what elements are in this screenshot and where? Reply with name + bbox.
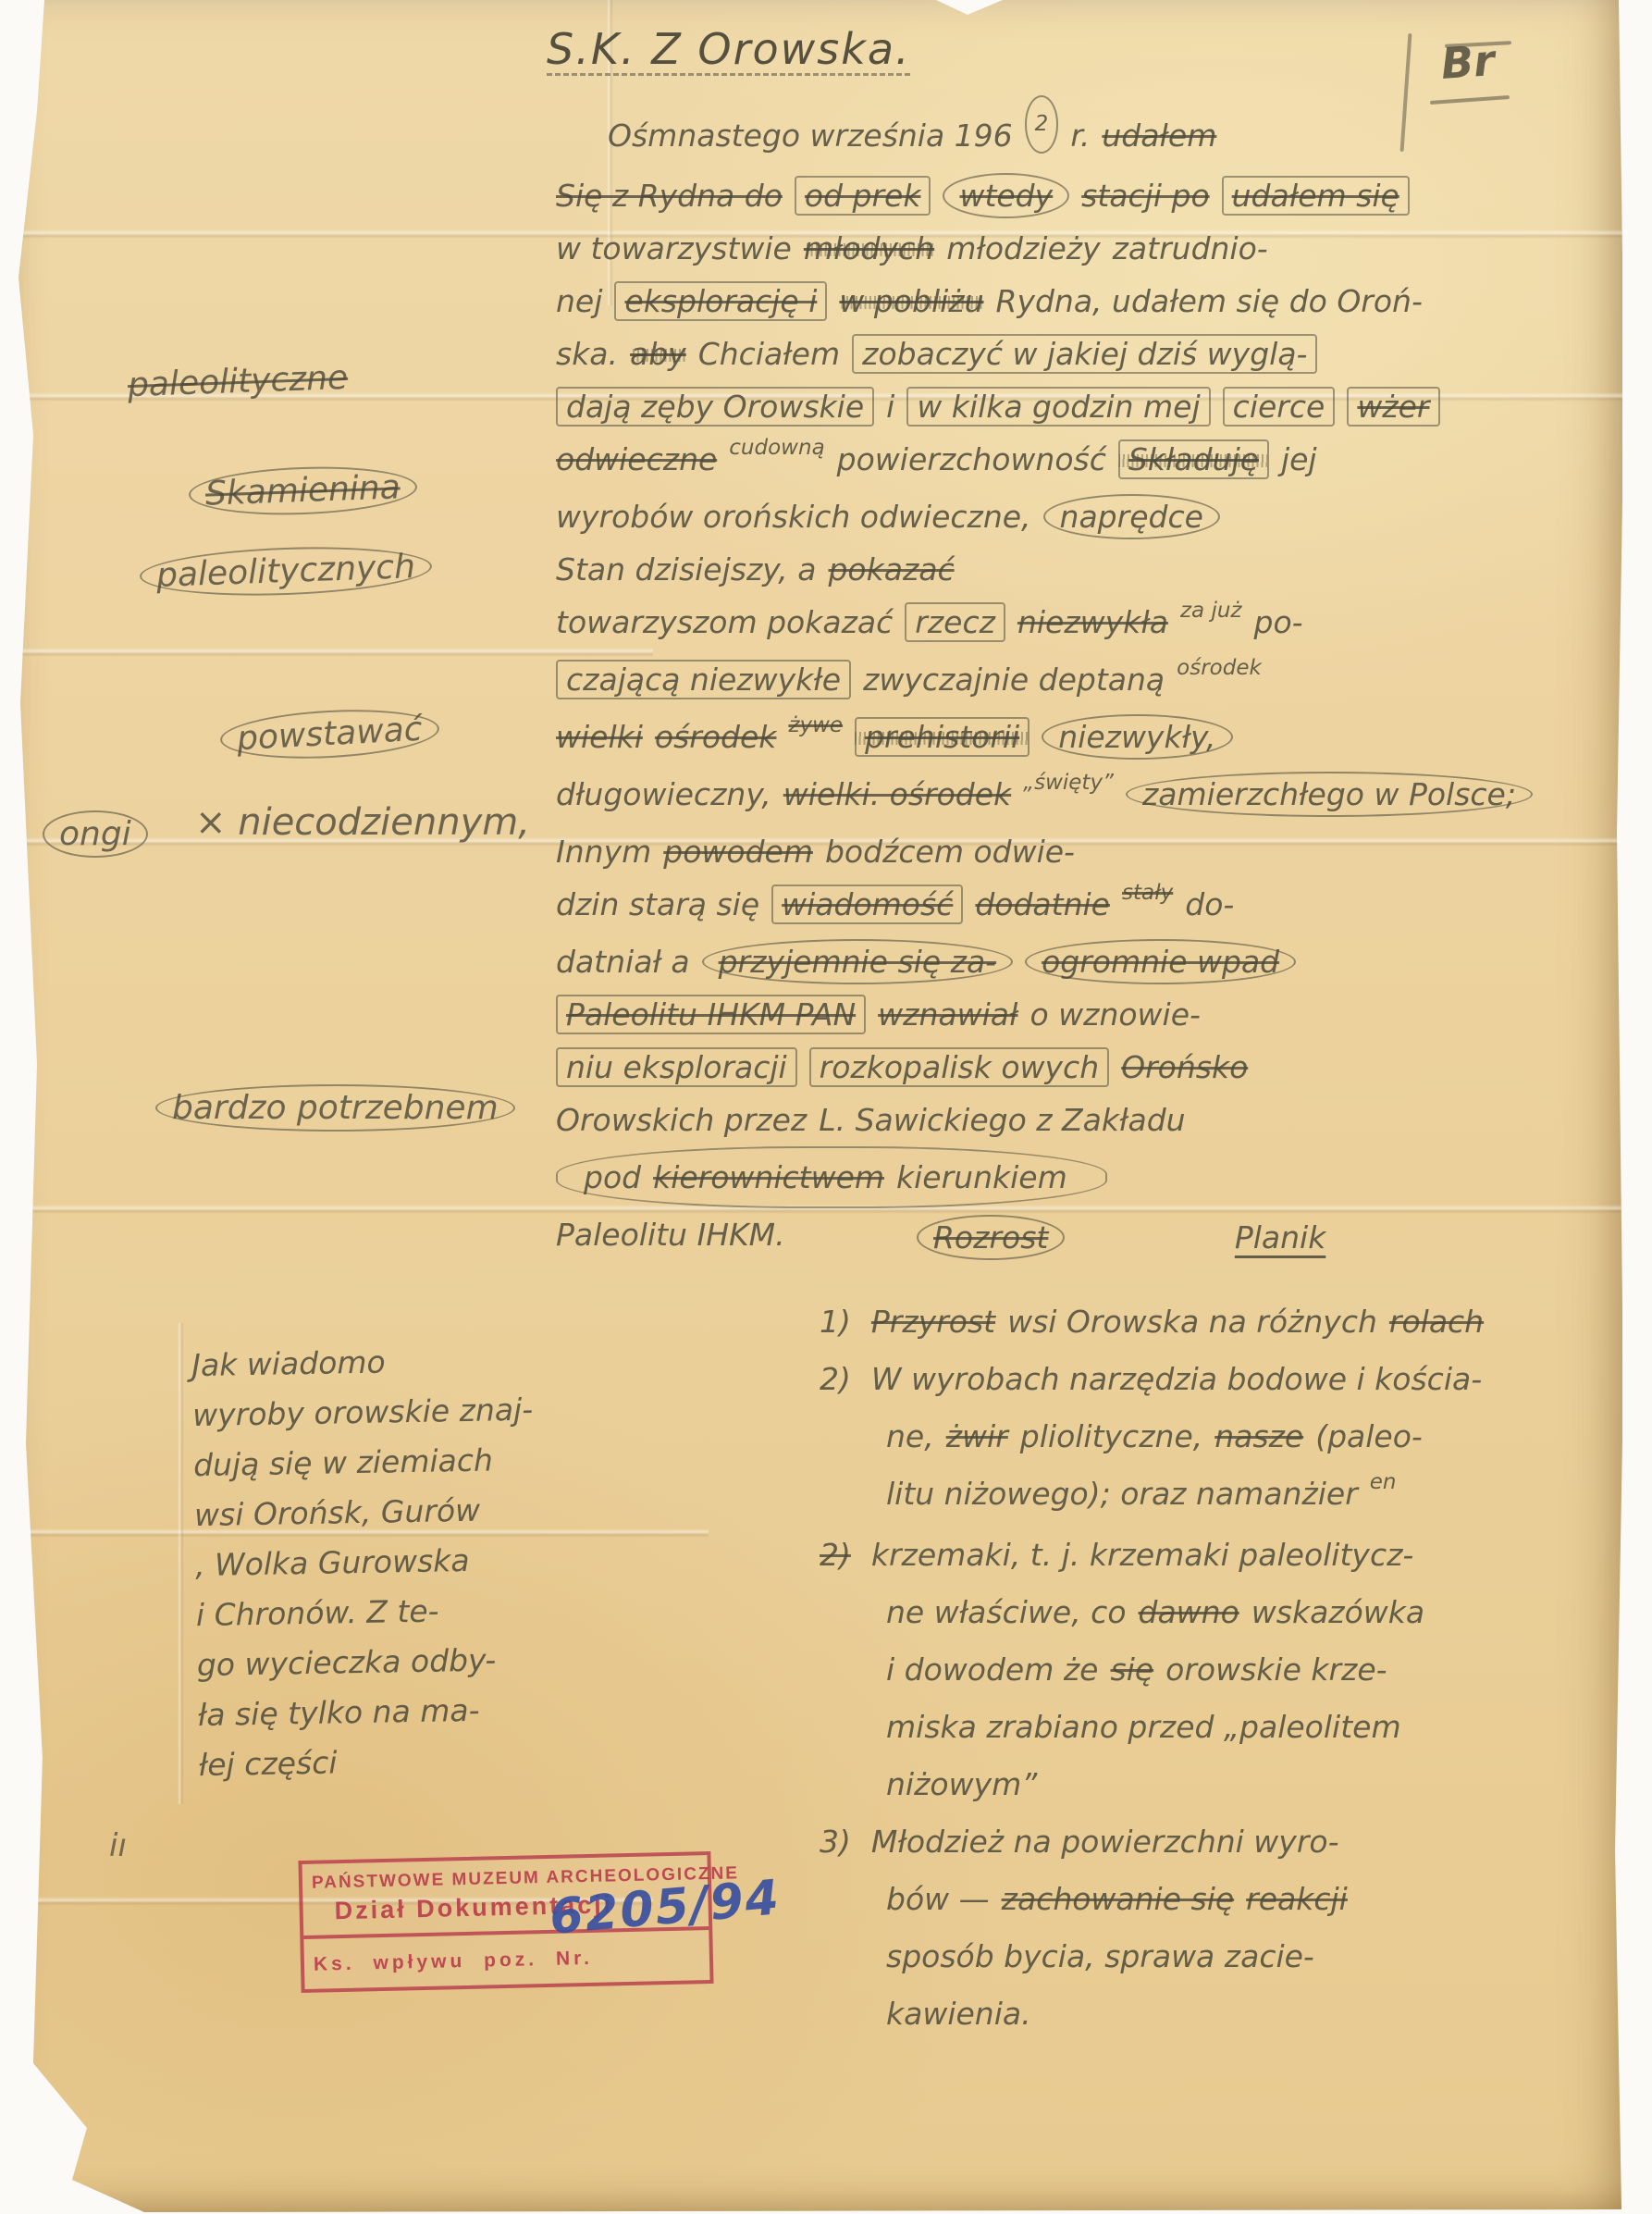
- fold-crease: [178, 1323, 184, 1804]
- text-segment: powodem: [663, 834, 813, 870]
- margin-note: × niecodziennym,: [195, 801, 530, 844]
- text-segment: odwieczne: [556, 441, 717, 477]
- text-segment: od prek: [795, 176, 931, 216]
- text-line: , Wolka Gurowska: [195, 1533, 631, 1590]
- text-line: Paleolitu IHKM PANwznawiało wznowie-: [556, 988, 1620, 1041]
- text-segment: Orowskich przez: [556, 1102, 807, 1138]
- plan-list: 1)Przyrostwsi Orowska na różnychrolach2)…: [820, 1293, 1634, 2043]
- text-segment: niu eksploracji: [556, 1047, 797, 1087]
- text-line: dują się w ziemiach: [193, 1433, 629, 1490]
- text-line: 1)Przyrostwsi Orowska na różnychrolach: [820, 1293, 1634, 1351]
- manuscript-body: Ośmnastego września 1962r.udałemSię z Ry…: [556, 109, 1620, 1261]
- text-segment: rozkopalisk owych: [809, 1047, 1109, 1087]
- text-segment: wiadomość: [771, 884, 963, 924]
- text-line: czającą niezwykłezwyczajnie deptanąośrod…: [556, 653, 1620, 711]
- text-line: bów —zachowanie sięreakcji: [820, 1871, 1634, 1928]
- text-line: ne,żwirpliolityczne,nasze(paleo-: [820, 1408, 1634, 1466]
- text-segment: niżowym”: [886, 1766, 1037, 1802]
- text-segment: zwyczajnie deptaną: [863, 662, 1165, 698]
- text-segment: niezwykła: [1017, 604, 1168, 640]
- text-segment: (paleo-: [1315, 1418, 1423, 1454]
- text-segment: czającą niezwykłe: [556, 660, 851, 699]
- text-line: niżowym”: [820, 1756, 1634, 1813]
- text-line: i Chronów. Z te-: [196, 1583, 632, 1640]
- text-segment: dodatnie: [975, 886, 1110, 922]
- text-line: i dowodem żesięorowskie krze-: [820, 1641, 1634, 1699]
- text-segment: zachowanie się: [1002, 1881, 1235, 1917]
- text-segment: en: [1370, 1453, 1397, 1511]
- text-segment: w towarzystwie: [556, 230, 792, 266]
- text-segment: pokazać: [828, 551, 954, 588]
- text-segment: Stan dzisiejszy, a: [556, 551, 816, 588]
- margin-note: Skamienina: [188, 464, 417, 519]
- text-segment: Rydna, udałem się do Oroń-: [996, 283, 1423, 319]
- text-line: 2)W wyrobach narzędzia bodowe i kościa-: [820, 1351, 1634, 1408]
- text-segment: 2: [1025, 95, 1059, 154]
- text-segment: przyjemnie się za-: [702, 939, 1013, 984]
- page-title: S.K. Z Orowska.: [547, 24, 911, 74]
- text-line: litu niżowego); oraz namanżieren: [820, 1466, 1634, 1527]
- margin-note: paleolitycznych: [139, 543, 433, 600]
- text-segment: datniał a: [556, 944, 690, 980]
- text-line: wyroby orowskie znaj-: [192, 1383, 628, 1441]
- margin-note: ongi: [43, 810, 148, 858]
- text-segment: naprędce: [1043, 494, 1220, 539]
- text-segment: zamierzchłego w Polsce;: [1126, 772, 1533, 817]
- text-segment: ośrodek: [655, 719, 777, 755]
- text-segment: 2): [820, 1361, 851, 1397]
- text-segment: ne,: [886, 1418, 934, 1454]
- text-segment: ne właściwe, co: [886, 1594, 1127, 1630]
- text-segment: go wycieczka odby-: [197, 1641, 497, 1683]
- text-segment: kierownictwem: [653, 1159, 884, 1195]
- text-segment: Innym: [556, 834, 651, 870]
- text-segment: bów —: [886, 1881, 990, 1917]
- text-line: wsi Orońsk, Gurów: [194, 1483, 630, 1540]
- text-segment: dawno: [1139, 1594, 1239, 1630]
- text-segment: nej: [556, 283, 602, 319]
- text-segment: za już: [1180, 585, 1242, 637]
- text-segment: Ośmnastego września 196: [608, 118, 1013, 154]
- text-segment: dują się w ziemiach: [193, 1441, 493, 1483]
- text-segment: zatrudnio-: [1113, 230, 1268, 266]
- text-segment: W wyrobach narzędzia bodowe i kościa-: [871, 1361, 1482, 1397]
- text-segment: wyrobów orońskich odwieczne,: [556, 499, 1031, 535]
- text-segment: , Wolka Gurowska: [195, 1542, 470, 1583]
- scanned-document-page: S.K. Z Orowska. Br Ośmnastego września 1…: [0, 0, 1652, 2214]
- text-segment: w kilka godzin mej: [906, 387, 1210, 427]
- text-segment: aby: [630, 336, 686, 372]
- plan-heading: Planik: [1235, 1219, 1325, 1255]
- text-segment: wżer: [1347, 387, 1439, 427]
- text-line: odwiecznecudownąpowierzchownośćSkładujęj…: [556, 433, 1620, 490]
- text-segment: krzemaki, t. j. krzemaki paleolitycz-: [871, 1537, 1413, 1573]
- stamp-register-label: Ks. wpływu poz. Nr.: [303, 1930, 709, 1989]
- text-segment: i dowodem że: [886, 1651, 1099, 1688]
- text-segment: wskazówka: [1251, 1594, 1424, 1630]
- text-segment: dzin starą się: [556, 886, 759, 922]
- text-segment: o wznowie-: [1029, 996, 1200, 1033]
- text-segment: udałem: [1102, 118, 1216, 154]
- page-mark: iı: [109, 1827, 127, 1864]
- text-line: wyrobów orońskich odwieczne,naprędce: [556, 490, 1620, 543]
- text-segment: pod: [584, 1159, 641, 1195]
- text-segment: wyroby orowskie znaj-: [192, 1391, 534, 1433]
- text-segment: kawienia.: [886, 1996, 1031, 2032]
- text-segment: i: [886, 389, 894, 425]
- text-line: nejeksplorację iw pobliżuRydna, udałem s…: [556, 275, 1620, 328]
- text-segment: wsi Orowska na różnych: [1007, 1304, 1377, 1340]
- text-segment: niezwykły,: [1042, 714, 1232, 760]
- text-segment: r.: [1070, 118, 1090, 154]
- text-line: sposób bycia, sprawa zacie-: [820, 1928, 1634, 1985]
- text-line: Się z Rydna dood prekwtedystacji poudałe…: [556, 169, 1620, 222]
- text-segment: dają zęby Orowskie: [556, 387, 874, 427]
- text-segment: powierzchowność: [837, 441, 1106, 477]
- text-segment: Chciałem: [698, 336, 840, 372]
- text-line: ła się tylko na ma-: [197, 1683, 633, 1740]
- plan-alt-heading: Rozrost: [917, 1215, 1065, 1260]
- text-segment: żywe: [788, 699, 843, 752]
- text-line: towarzyszom pokazaćrzeczniezwykłaza jużp…: [556, 596, 1620, 653]
- left-paragraph: Jak wiadomowyroby orowskie znaj-dują się…: [191, 1333, 634, 1790]
- text-line: Orowskich przezL. Sawickiego z Zakładu: [556, 1094, 1620, 1146]
- text-line: datniał aprzyjemnie się za-ogromnie wpad: [556, 935, 1620, 988]
- text-line: łej części: [198, 1733, 634, 1790]
- text-line: miska zrabiano przed „paleolitem: [820, 1699, 1634, 1756]
- text-segment: L. Sawickiego z Zakładu: [819, 1102, 1185, 1138]
- text-line: kawienia.: [820, 1985, 1634, 2043]
- text-segment: młodych: [804, 230, 934, 266]
- text-segment: bodźcem odwie-: [825, 834, 1075, 870]
- text-segment: Się z Rydna do: [556, 178, 783, 214]
- text-line: Stan dzisiejszy, apokazać: [556, 543, 1620, 596]
- text-line: długowieczny,wielki. ośrodek„święty”zami…: [556, 768, 1620, 825]
- text-line: niu eksploracjirozkopalisk owychOrońsko: [556, 1041, 1620, 1094]
- text-segment: towarzyszom pokazać: [556, 604, 893, 640]
- text-segment: Przyrost: [871, 1304, 995, 1340]
- text-segment: ogromnie wpad: [1025, 939, 1296, 984]
- text-segment: wielki. ośrodek: [783, 776, 1011, 812]
- text-segment: cudowną: [729, 422, 824, 475]
- text-segment: litu niżowego); oraz namanżier: [886, 1476, 1358, 1512]
- text-line: ne właściwe, codawnowskazówka: [820, 1584, 1634, 1641]
- manuscript-paper: S.K. Z Orowska. Br Ośmnastego września 1…: [6, 0, 1622, 2212]
- text-segment: zobaczyć w jakiej dziś wyglą-: [852, 334, 1317, 374]
- text-segment: udałem się: [1222, 176, 1410, 216]
- text-segment: miska zrabiano przed „paleolitem: [886, 1709, 1401, 1745]
- text-segment: do-: [1185, 886, 1234, 922]
- text-segment: ła się tylko na ma-: [198, 1692, 480, 1733]
- text-segment: wtedy: [943, 173, 1069, 218]
- text-segment: wznawiał: [878, 996, 1017, 1033]
- text-segment: stały: [1122, 867, 1173, 920]
- text-segment: młodzieży: [946, 230, 1100, 266]
- text-segment: łej części: [198, 1744, 337, 1783]
- text-line: w towarzystwiemłodychmłodzieżyzatrudnio-: [556, 222, 1620, 275]
- text-segment: Młodzież na powierzchni wyro-: [871, 1824, 1339, 1860]
- text-segment: żwir: [946, 1418, 1008, 1454]
- text-segment: nasze: [1214, 1418, 1303, 1454]
- text-segment: po-: [1254, 604, 1303, 640]
- text-segment: cierce: [1223, 387, 1336, 427]
- text-line: podkierownictwemkierunkiem: [556, 1146, 1620, 1208]
- text-segment: orowskie krze-: [1165, 1651, 1387, 1688]
- text-segment: rolach: [1389, 1304, 1484, 1340]
- text-segment: 1): [820, 1304, 851, 1340]
- text-segment: stacji po: [1081, 178, 1209, 214]
- text-segment: eksplorację i: [614, 281, 827, 321]
- text-segment: Jak wiadomo: [191, 1343, 386, 1383]
- text-segment: kierunkiem: [896, 1159, 1067, 1195]
- text-line: Ośmnastego września 1962r.udałem: [556, 109, 1620, 169]
- text-segment: długowieczny,: [556, 776, 771, 812]
- margin-note: paleolityczne: [127, 359, 348, 404]
- corner-initials: Br: [1439, 35, 1496, 89]
- margin-note: powstawać: [219, 705, 440, 763]
- text-segment: Składuję: [1118, 439, 1269, 479]
- text-segment: się: [1111, 1651, 1154, 1688]
- text-segment: sposób bycia, sprawa zacie-: [886, 1938, 1314, 1974]
- text-segment: 3): [820, 1824, 851, 1860]
- text-line: dzin starą sięwiadomośćdodatniestałydo-: [556, 878, 1620, 935]
- text-segment: wsi Orońsk, Gurów: [194, 1492, 481, 1533]
- text-line: dają zęby Orowskieiw kilka godzin mejcie…: [556, 380, 1620, 433]
- text-segment: „święty”: [1023, 757, 1114, 810]
- text-line: go wycieczka odby-: [196, 1633, 632, 1690]
- text-line: 3)Młodzież na powierzchni wyro-: [820, 1813, 1634, 1871]
- text-segment: reakcji: [1246, 1881, 1348, 1917]
- text-line: ska.abyChciałemzobaczyć w jakiej dziś wy…: [556, 328, 1620, 380]
- text-line: Jak wiadomo: [191, 1333, 627, 1391]
- text-segment: jej: [1281, 441, 1317, 477]
- text-segment: pliolityczne,: [1020, 1418, 1202, 1454]
- text-segment: rzecz: [905, 602, 1005, 642]
- text-line: 2)krzemaki, t. j. krzemaki paleolitycz-: [820, 1527, 1634, 1584]
- text-segment: ska.: [556, 336, 618, 372]
- text-segment: Orońsko: [1121, 1049, 1248, 1085]
- text-segment: Paleolitu IHKM PAN: [556, 995, 866, 1034]
- text-line: Innympowodembodźcem odwie-: [556, 825, 1620, 878]
- margin-note: bardzo potrzebnem: [155, 1084, 515, 1132]
- text-segment: wielki: [556, 719, 643, 755]
- text-segment: w pobliżu: [839, 283, 983, 319]
- text-segment: prehistorii: [855, 717, 1029, 757]
- text-segment: ośrodek: [1177, 642, 1262, 695]
- text-segment: i Chronów. Z te-: [196, 1593, 439, 1634]
- text-segment: Paleolitu IHKM.: [556, 1217, 785, 1253]
- plan-heading-row: Rozrost Planik: [917, 1219, 1338, 1255]
- text-segment: 2): [820, 1537, 851, 1573]
- pencil-dash: [1430, 95, 1510, 105]
